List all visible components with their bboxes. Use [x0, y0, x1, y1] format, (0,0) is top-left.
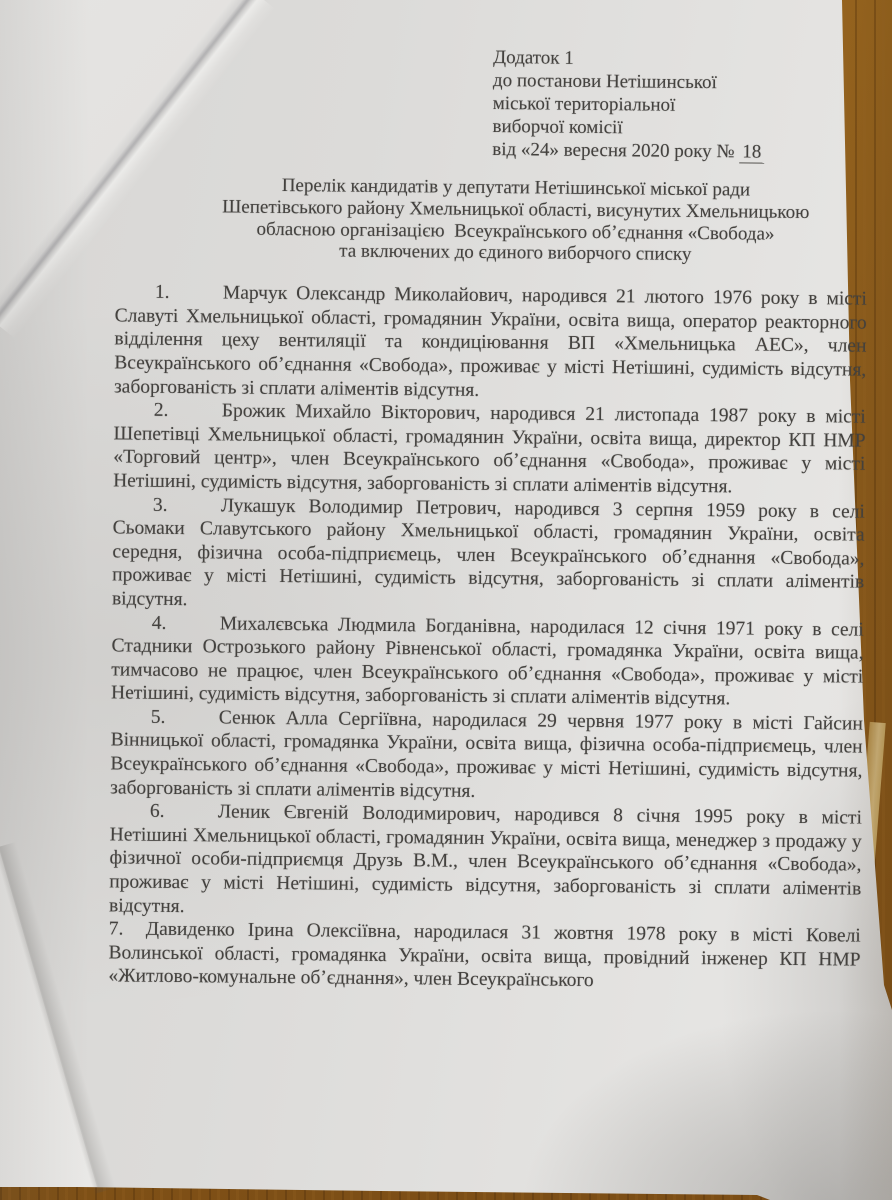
- resolution-number: 18: [739, 141, 764, 163]
- item-number: 6.: [150, 800, 218, 824]
- candidate-list: 1.Марчук Олександр Миколайович, народивс…: [108, 281, 867, 996]
- item-number: 7.: [109, 918, 146, 942]
- item-text: Марчук Олександр Миколайович, народився …: [114, 283, 867, 401]
- annex-date-prefix: від «24» вересня 2020 року №: [492, 139, 739, 162]
- candidate-item-2: 2.Брожик Михайло Вікторович, народився 2…: [113, 399, 866, 501]
- candidate-item-5: 5.Сенюк Алла Сергіївна, народилася 29 че…: [110, 705, 863, 807]
- item-text: Брожик Михайло Вікторович, народився 21 …: [113, 401, 866, 498]
- annex-date-line: від «24» вересня 2020 року № 18: [492, 138, 868, 165]
- item-text: Лукашук Володимир Петрович, народився 3 …: [112, 495, 865, 610]
- item-text: Давиденко Ірина Олексіївна, народилася 3…: [108, 919, 861, 991]
- candidate-item-7: 7.Давиденко Ірина Олексіївна, народилася…: [108, 918, 861, 996]
- document-content: Додаток 1 до постанови Нетішинської місь…: [108, 0, 869, 996]
- candidate-item-3: 3.Лукашук Володимир Петрович, народився …: [112, 493, 865, 618]
- candidate-item-1: 1.Марчук Олександр Миколайович, народивс…: [114, 281, 867, 406]
- item-number: 1.: [155, 281, 223, 305]
- annex-block: Додаток 1 до постанови Нетішинської місь…: [492, 46, 869, 165]
- candidate-item-6: 6.Леник Євгеній Володимирович, народився…: [109, 800, 862, 925]
- item-number: 3.: [153, 493, 221, 517]
- item-text: Леник Євгеній Володимирович, народився 8…: [109, 802, 862, 917]
- item-text: Михалєвська Людмила Богданівна, народила…: [111, 613, 864, 710]
- document-title: Перелік кандидатів у депутати Нетішинськ…: [115, 173, 868, 267]
- item-number: 4.: [152, 611, 220, 635]
- item-text: Сенюк Алла Сергіївна, народилася 29 черв…: [110, 707, 863, 801]
- item-number: 2.: [154, 399, 222, 423]
- item-number: 5.: [151, 706, 219, 730]
- photo-of-document: Додаток 1 до постанови Нетішинської місь…: [0, 0, 892, 1200]
- candidate-item-4: 4.Михалєвська Людмила Богданівна, народи…: [111, 611, 864, 713]
